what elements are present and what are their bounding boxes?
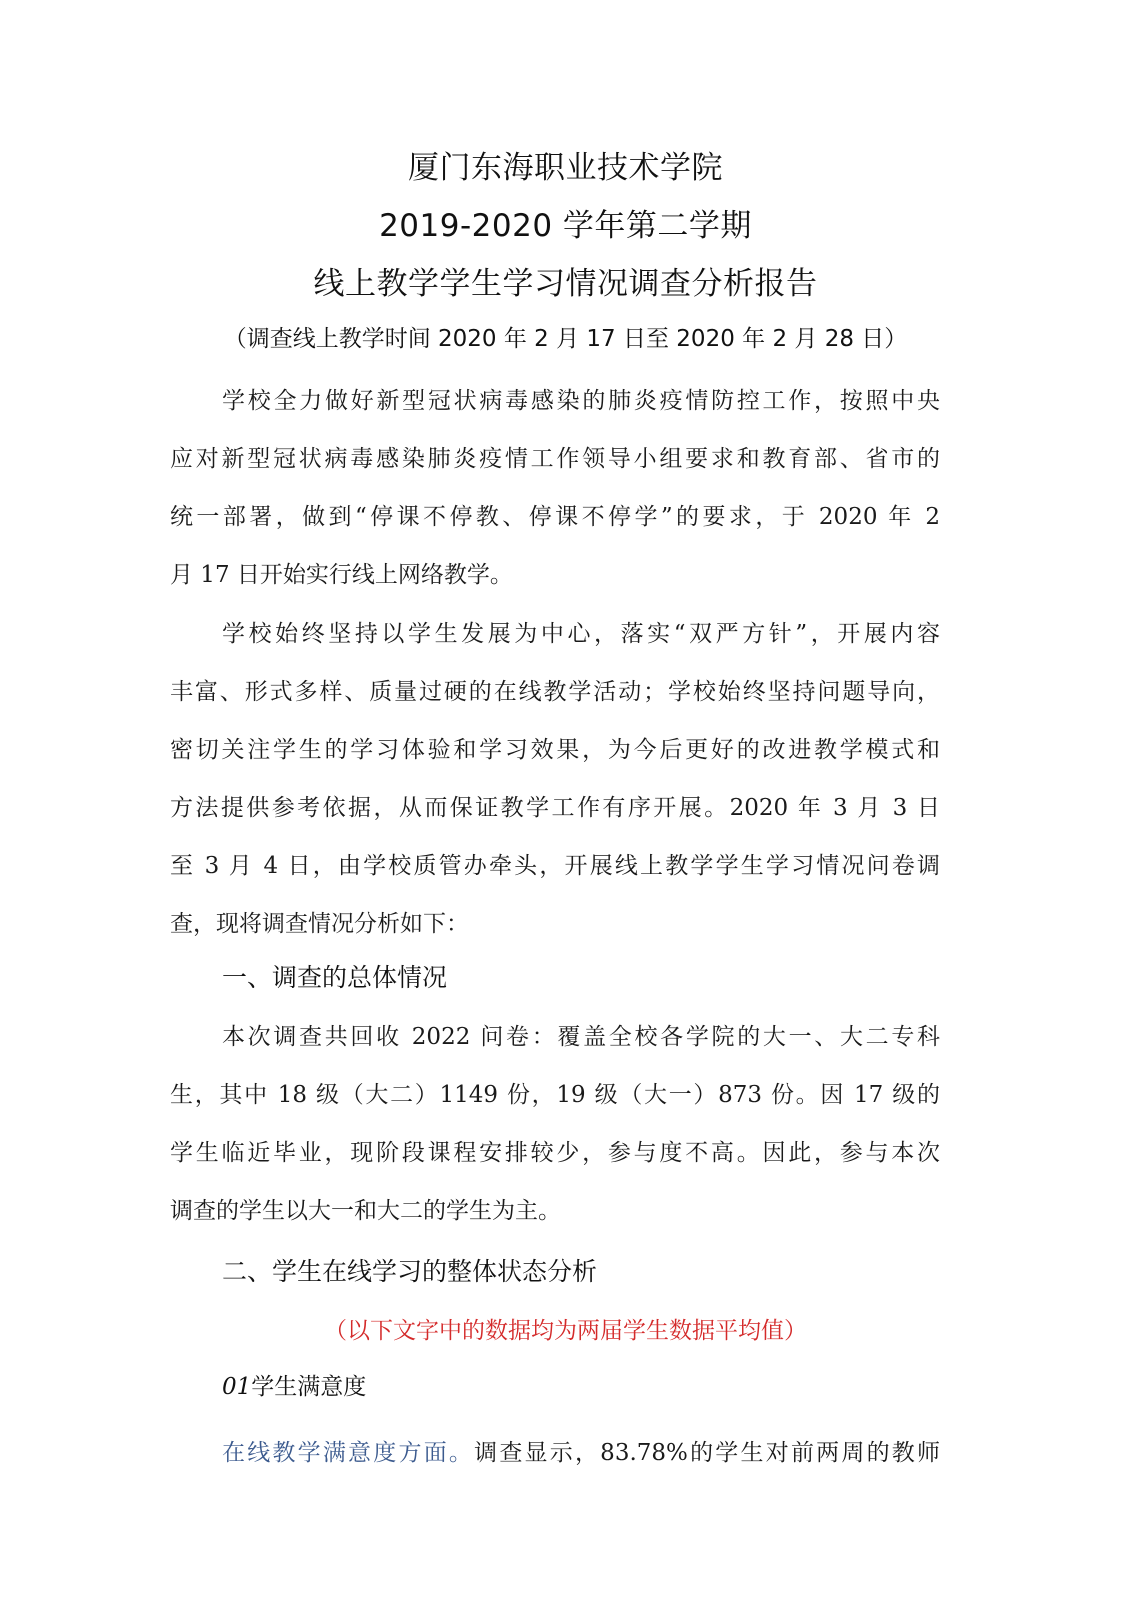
intro-paragraph-1: 学校全力做好新型冠状病毒感染的肺炎疫情防控工作，按照中央 应对新型冠状病毒感染肺…: [170, 372, 940, 604]
paragraph-line: 本次调查共回收 2022 问卷：覆盖全校各学院的大一、大二专科: [170, 1008, 940, 1066]
paragraph-line: 在线教学满意度方面。调查显示，83.78%的学生对前两周的教师: [170, 1424, 940, 1482]
paragraph-line: 学校始终坚持以学生发展为中心，落实“双严方针”，开展内容: [170, 605, 940, 663]
paragraph-line: 学生临近毕业，现阶段课程安排较少，参与度不高。因此，参与本次: [170, 1124, 940, 1182]
title-institution: 厦门东海职业技术学院: [0, 142, 1131, 187]
paragraph-line: 至 3 月 4 日，由学校质管办牵头，开展线上教学学生学习情况问卷调: [170, 837, 940, 895]
paragraph-line: 生，其中 18 级（大二）1149 份，19 级（大一）873 份。因 17 级…: [170, 1066, 940, 1124]
satisfaction-paragraph: 在线教学满意度方面。调查显示，83.78%的学生对前两周的教师: [170, 1424, 940, 1482]
paragraph-line: 学校全力做好新型冠状病毒感染的肺炎疫情防控工作，按照中央: [170, 372, 940, 430]
intro-paragraph-2: 学校始终坚持以学生发展为中心，落实“双严方针”，开展内容 丰富、形式多样、质量过…: [170, 605, 940, 953]
paragraph-line: 应对新型冠状病毒感染肺炎疫情工作领导小组要求和教育部、省市的: [170, 430, 940, 488]
document-page: 厦门东海职业技术学院 2019-2020 学年第二学期 线上教学学生学习情况调查…: [0, 0, 1131, 1600]
paragraph-line: 调查的学生以大一和大二的学生为主。: [170, 1182, 940, 1240]
subsection-heading-satisfaction: 01学生满意度: [222, 1368, 366, 1401]
subsection-title: 学生满意度: [251, 1374, 366, 1400]
paragraph-line: 月 17 日开始实行线上网络教学。: [170, 546, 940, 604]
overview-paragraph: 本次调查共回收 2022 问卷：覆盖全校各学院的大一、大二专科 生，其中 18 …: [170, 1008, 940, 1240]
title-report: 线上教学学生学习情况调查分析报告: [0, 258, 1131, 303]
section-heading-analysis: 二、学生在线学习的整体状态分析: [222, 1252, 597, 1288]
paragraph-line: 查，现将调查情况分析如下：: [170, 895, 940, 953]
paragraph-line: 方法提供参考依据，从而保证教学工作有序开展。2020 年 3 月 3 日: [170, 779, 940, 837]
highlight-text: 在线教学满意度方面。: [222, 1440, 474, 1466]
survey-period-subtitle: （调查线上教学时间 2020 年 2 月 17 日至 2020 年 2 月 28…: [0, 320, 1131, 353]
paragraph-line: 统一部署，做到“停课不停教、停课不停学”的要求，于 2020 年 2: [170, 488, 940, 546]
subsection-number: 01: [222, 1374, 251, 1400]
paragraph-line: 密切关注学生的学习体验和学习效果，为今后更好的改进教学模式和: [170, 721, 940, 779]
title-semester: 2019-2020 学年第二学期: [0, 200, 1131, 245]
paragraph-text: 调查显示，83.78%的学生对前两周的教师: [474, 1440, 940, 1466]
section-heading-overview: 一、调查的总体情况: [222, 958, 447, 994]
data-average-note: （以下文字中的数据均为两届学生数据平均值）: [0, 1312, 1131, 1345]
paragraph-line: 丰富、形式多样、质量过硬的在线教学活动；学校始终坚持问题导向，: [170, 663, 940, 721]
